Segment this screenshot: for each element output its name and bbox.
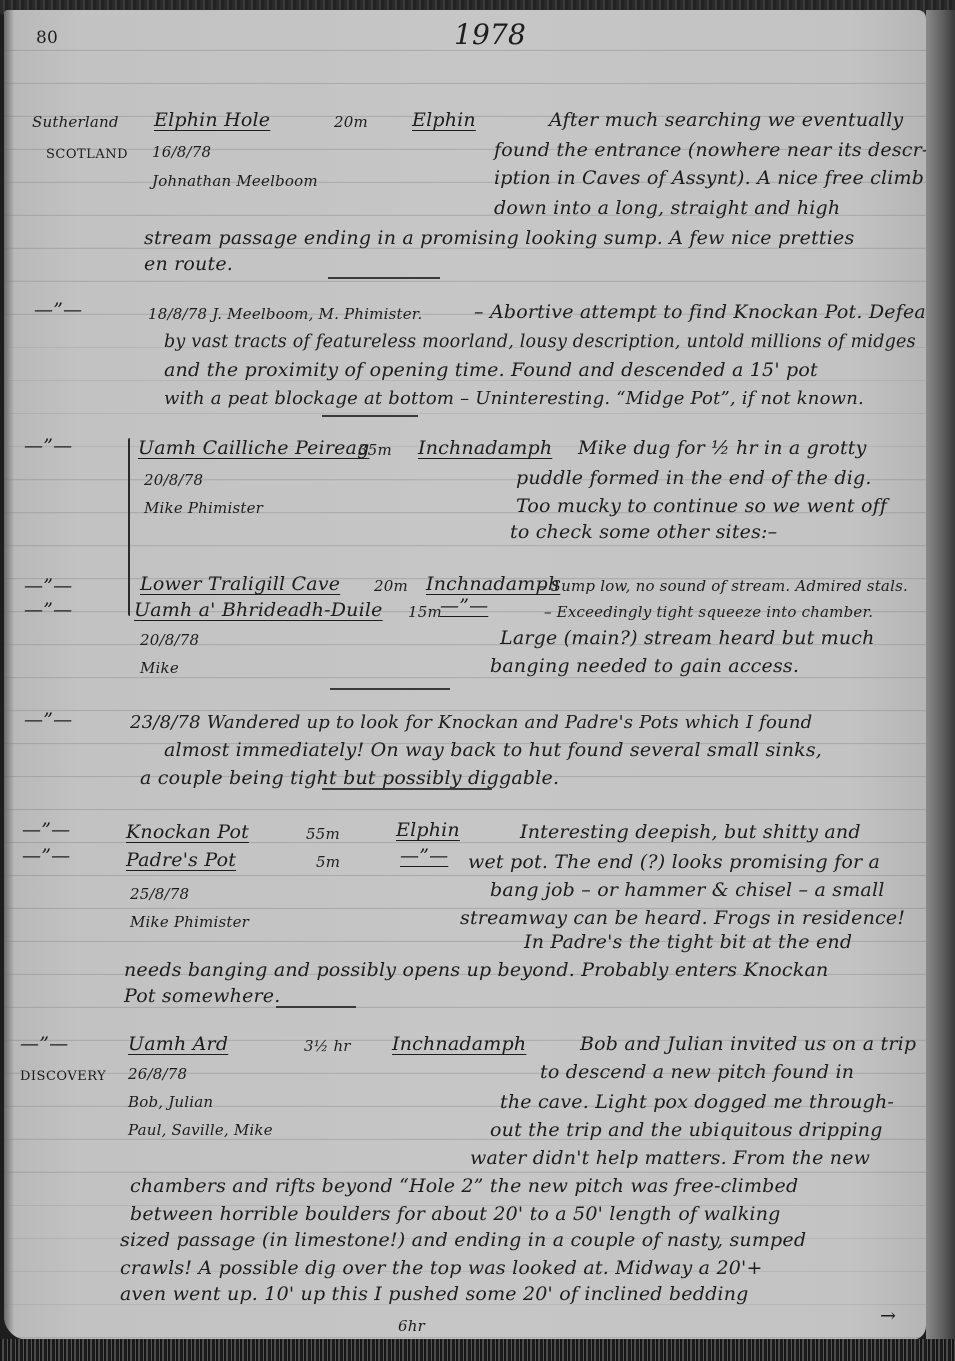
logbook-page: 80 1978 Sutherland SCOTLAND Elphin Hole … <box>4 10 926 1340</box>
trip-party: Mike <box>140 652 179 685</box>
ditto-mark: —”— <box>24 594 72 627</box>
cave-depth: 20m <box>334 106 368 139</box>
trip-party: Paul, Saville, Mike <box>128 1114 273 1147</box>
spine-shadow <box>4 10 14 1340</box>
cave-name: Uamh Ard <box>128 1028 228 1061</box>
note-line: Mike dug for ½ hr in a grotty <box>578 432 867 465</box>
cave-name: Uamh Cailliche Peireag <box>138 432 369 465</box>
note-line: en route. <box>144 248 233 281</box>
note-line: stream passage ending in a promising loo… <box>144 222 854 255</box>
page-edge-shadow <box>926 10 955 1340</box>
entry-separator <box>330 688 450 690</box>
cave-name: Padre's Pot <box>126 844 236 877</box>
note-line: to descend a new pitch found in <box>540 1056 854 1089</box>
cave-location: Inchnadamph <box>418 432 552 465</box>
page-number: 80 <box>36 22 58 55</box>
note-line: iption in Caves of Assynt). A nice free … <box>494 162 924 195</box>
trip-party: Johnathan Meelboom <box>152 165 318 198</box>
note-line: to check some other sites:– <box>510 516 777 549</box>
note-line: – Abortive attempt to find Knockan Pot. … <box>474 296 926 329</box>
page-year: 1978 <box>454 18 526 51</box>
grouping-brace <box>128 438 130 616</box>
cave-location: —”— <box>400 840 448 873</box>
ditto-mark: —”— <box>34 294 82 327</box>
note-line: Interesting deepish, but shitty and <box>520 816 861 849</box>
cave-depth: 15m <box>408 596 442 629</box>
ditto-mark: —”— <box>22 840 70 873</box>
cave-depth: 5m <box>316 846 340 879</box>
entry-separator <box>276 1006 356 1008</box>
notebook-bottom-edge <box>0 1339 955 1361</box>
cave-name: Uamh a' Bhrideadh-Duile <box>134 594 383 627</box>
trip-party: Mike Phimister <box>144 492 263 525</box>
ditto-mark: —”— <box>20 1028 68 1061</box>
note-line: aven went up. 10' up this I pushed some … <box>120 1278 749 1311</box>
duration-note: 6hr <box>398 1310 425 1340</box>
entry-separator <box>322 415 418 417</box>
cave-location: Inchnadamph <box>392 1028 526 1061</box>
entry-separator <box>322 788 492 790</box>
note-line: After much searching we eventually <box>549 104 903 137</box>
trip-party: Mike Phimister <box>130 906 249 939</box>
note-line: banging needed to gain access. <box>490 650 799 683</box>
note-line: down into a long, straight and high <box>494 192 840 225</box>
continue-arrow-icon: → <box>880 1300 896 1333</box>
trip-duration: 3½ hr <box>304 1030 351 1063</box>
region-label: Sutherland <box>32 106 119 139</box>
cave-depth: 35m <box>358 434 392 467</box>
entry-separator <box>328 277 440 279</box>
note-line: with a peat blockage at bottom – Uninter… <box>164 382 864 415</box>
country-label: SCOTLAND <box>46 138 128 171</box>
discovery-tag: DISCOVERY <box>20 1060 106 1093</box>
ditto-mark: —”— <box>24 704 72 737</box>
ditto-mark: —”— <box>24 430 72 463</box>
cave-name: Elphin Hole <box>154 104 270 137</box>
cave-location: Elphin <box>412 104 476 137</box>
note-line: Pot somewhere. <box>124 980 281 1013</box>
note-line: a couple being tight but possibly diggab… <box>140 762 559 795</box>
cave-location: —”— <box>440 590 488 623</box>
